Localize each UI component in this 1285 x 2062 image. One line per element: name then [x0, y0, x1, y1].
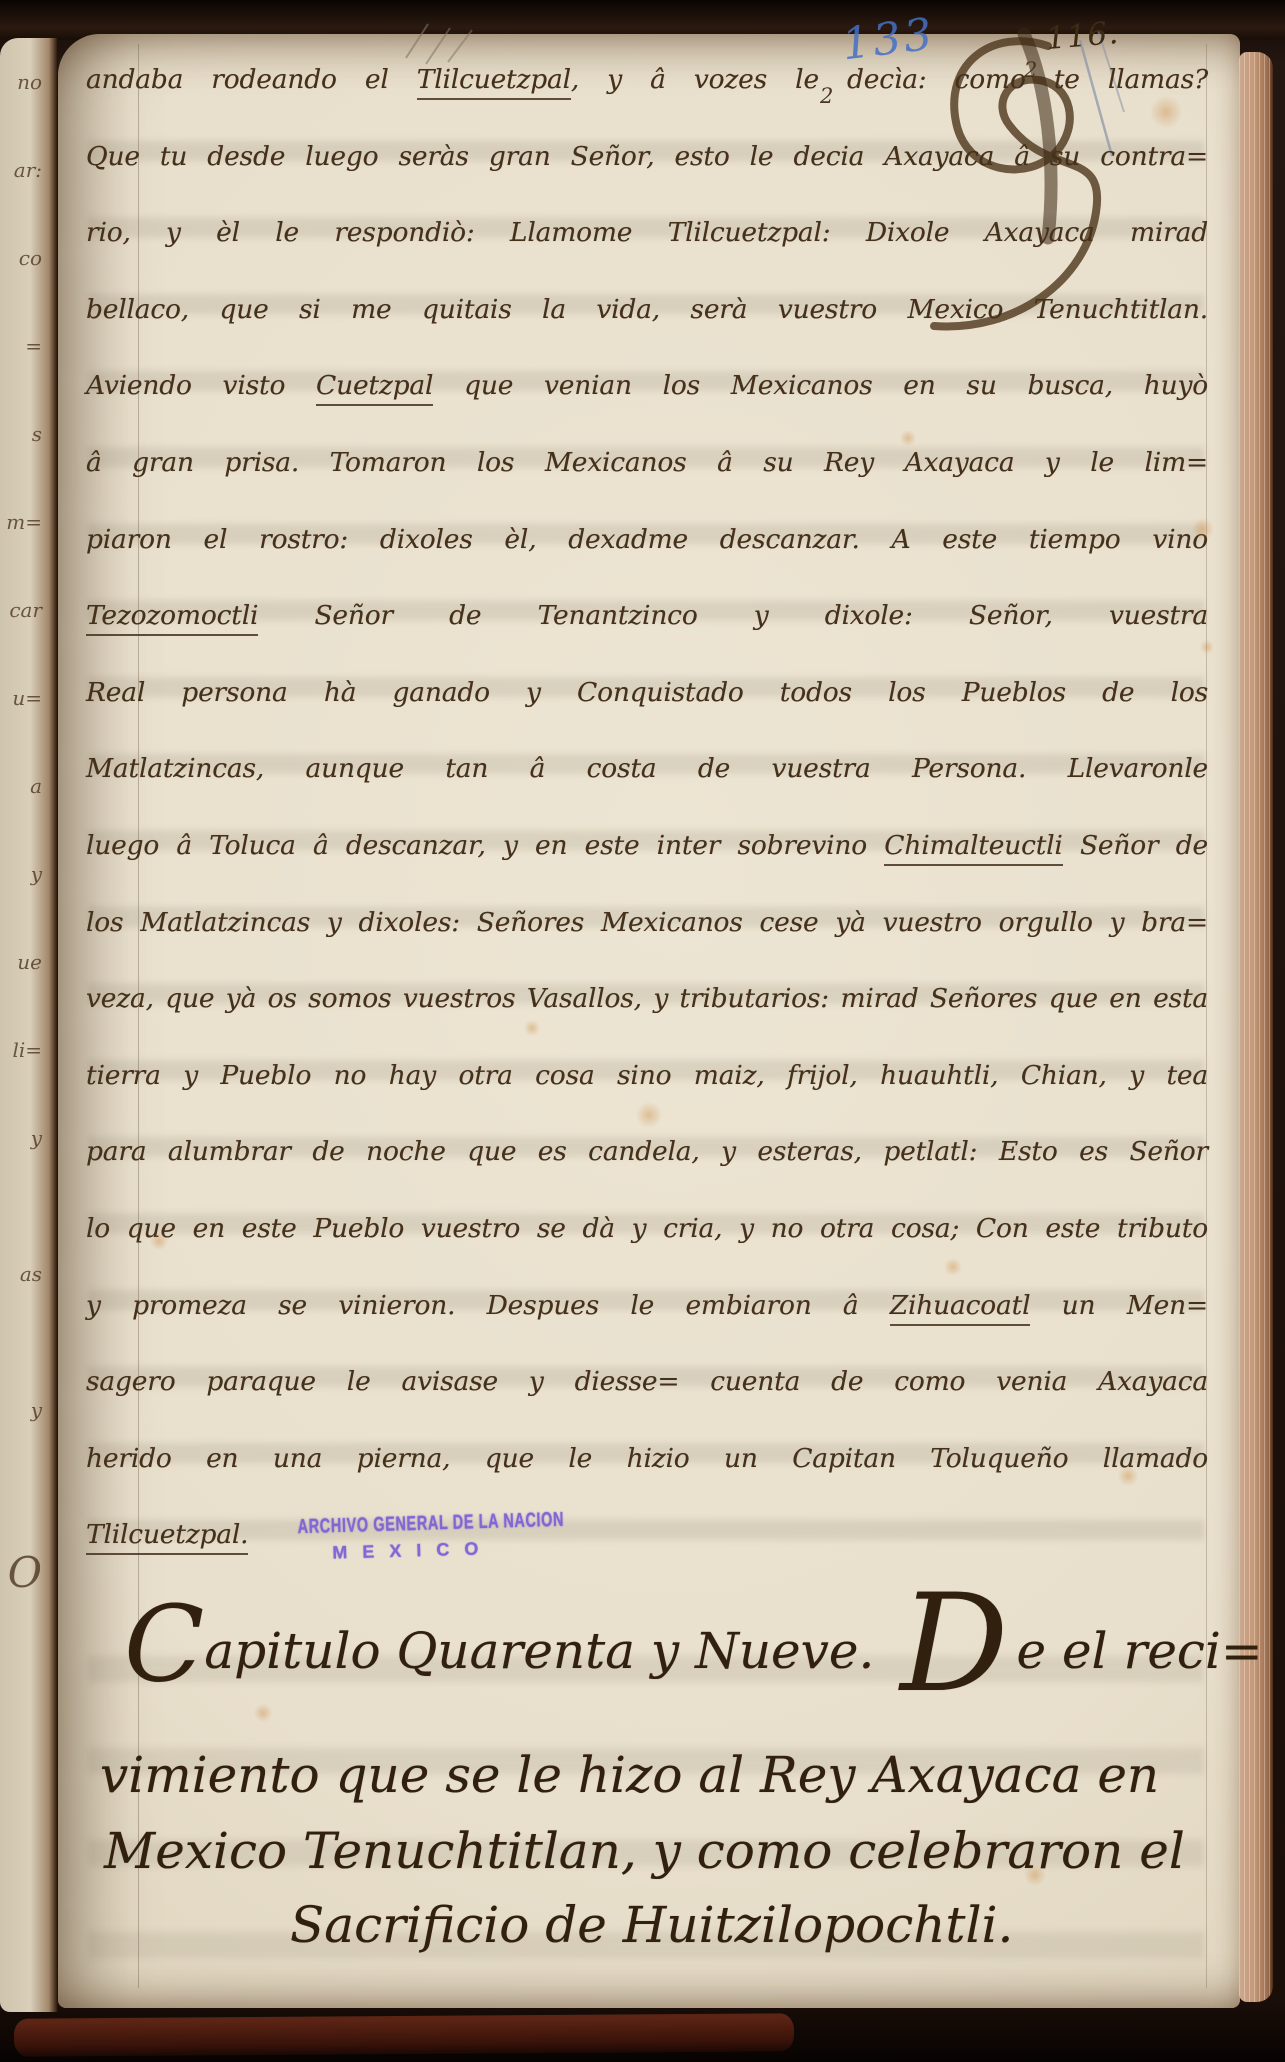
facing-page-text-fragment: ue: [17, 950, 42, 974]
manuscript-text: piaron el rostro: dixoles èl, dexadme de…: [86, 524, 1208, 555]
facing-page-text-fragment: no: [17, 70, 42, 94]
manuscript-photo: noar:co=sm=caru=ayueli=yasyO 133 116. 2 …: [0, 0, 1285, 2062]
manuscript-line: veza, que yà os somos vuestros Vasallos,…: [86, 977, 1208, 1021]
decorated-initial: D: [900, 1565, 1008, 1722]
foxing-spot: [1192, 518, 1214, 540]
manuscript-line: piaron el rostro: dixoles èl, dexadme de…: [86, 518, 1208, 562]
manuscript-text: los Matlatzincas y dixoles: Señores Mexi…: [86, 907, 1208, 938]
foxing-spot: [944, 1258, 962, 1276]
facing-page-text-fragment: ar:: [14, 158, 42, 182]
manuscript-text: Real persona hà ganado y Conquistado tod…: [86, 677, 1208, 708]
manuscript-text: bellaco, que si me quitais la vida, serà…: [86, 294, 1208, 325]
manuscript-text: un Men=: [1030, 1290, 1208, 1321]
facing-page-text-fragment: y: [31, 1126, 42, 1150]
chapter-heading-text: Sacrificio de Huitzilopochtli.: [290, 1896, 1013, 1954]
book-page-edges: [1239, 52, 1273, 2002]
facing-page-text-fragment: li=: [12, 1038, 42, 1062]
foxing-spot: [900, 430, 916, 446]
manuscript-text: veza, que yà os somos vuestros Vasallos,…: [86, 983, 1208, 1014]
manuscript-line: andaba rodeando el Tlilcuetzpal, y â voz…: [86, 58, 1208, 102]
underlined-word: Cuetzpal: [316, 370, 433, 406]
manuscript-text: Señor de Tenantzinco y dixole: Señor, vu…: [258, 600, 1208, 631]
ink-page-number: 116.: [1045, 15, 1121, 57]
manuscript-line: luego â Toluca â descanzar, y en este in…: [86, 824, 1208, 868]
foxing-spot: [636, 1102, 662, 1128]
foxing-spot: [254, 1704, 272, 1722]
manuscript-text: , y â vozes le decìa: como te llamas?: [571, 64, 1208, 95]
manuscript-line: los Matlatzincas y dixoles: Señores Mexi…: [86, 901, 1208, 945]
facing-page-text-fragment: as: [20, 1262, 42, 1286]
manuscript-text: para alumbrar de noche que es candela, y…: [86, 1136, 1208, 1167]
manuscript-text: sagero paraque le avisase y diesse= cuen…: [86, 1366, 1208, 1397]
manuscript-line: Tlilcuetzpal.: [86, 1513, 1208, 1557]
manuscript-text: Señor de: [1063, 830, 1208, 861]
chapter-heading-line: Capitulo Quarenta y Nueve. De el reci=: [124, 1622, 1263, 1680]
manuscript-text: rio, y èl le respondiò: Llamome Tlilcuet…: [86, 217, 1208, 248]
foxing-spot: [1024, 1864, 1046, 1886]
manuscript-text: luego â Toluca â descanzar, y en este in…: [86, 830, 884, 861]
facing-page-text-fragment: O: [8, 1548, 42, 1597]
chapter-heading-text: Mexico Tenuchtitlan, y como celebraron e…: [104, 1822, 1185, 1880]
facing-page-text-fragment: co: [19, 246, 42, 270]
manuscript-text: que venian los Mexicanos en su busca, hu…: [433, 370, 1208, 401]
foxing-spot: [524, 1020, 540, 1036]
manuscript-line: â gran prisa. Tomaron los Mexicanos â su…: [86, 441, 1208, 485]
chapter-heading-line: vimiento que se le hizo al Rey Axayaca e…: [100, 1746, 1159, 1804]
manuscript-line: para alumbrar de noche que es candela, y…: [86, 1130, 1208, 1174]
manuscript-line: bellaco, que si me quitais la vida, serà…: [86, 288, 1208, 332]
leather-binding-bottom: [14, 2013, 794, 2056]
chapter-heading-text: apitulo Quarenta y Nueve.: [204, 1622, 890, 1680]
facing-page-text-fragment: a: [30, 774, 42, 798]
chapter-heading-line: Mexico Tenuchtitlan, y como celebraron e…: [104, 1822, 1185, 1880]
underlined-word: Tezozomoctli: [86, 600, 258, 636]
manuscript-text: tierra y Pueblo no hay otra cosa sino ma…: [86, 1060, 1208, 1091]
foxing-spot: [1150, 96, 1182, 128]
manuscript-text: herido en una pierna, que le hizio un Ca…: [86, 1443, 1208, 1474]
manuscript-line: rio, y èl le respondiò: Llamome Tlilcuet…: [86, 211, 1208, 255]
foxing-spot: [1118, 1466, 1138, 1486]
manuscript-line: Tezozomoctli Señor de Tenantzinco y dixo…: [86, 594, 1208, 638]
manuscript-text: andaba rodeando el: [86, 64, 417, 95]
manuscript-text: y promeza se vinieron. Despues le embiar…: [86, 1290, 890, 1321]
facing-page-text-fragment: s: [32, 422, 42, 446]
underlined-word: Tlilcuetzpal: [417, 64, 571, 100]
manuscript-line: herido en una pierna, que le hizio un Ca…: [86, 1437, 1208, 1481]
foxing-spot: [1200, 640, 1214, 654]
underlined-word: Tlilcuetzpal.: [86, 1519, 248, 1555]
decorated-initial: C: [124, 1584, 204, 1706]
facing-page-text-fragment: u=: [12, 686, 42, 710]
facing-page-text-fragment: =: [25, 334, 42, 358]
underlined-word: Zihuacoatl: [890, 1290, 1031, 1326]
foxing-spot: [150, 1232, 168, 1250]
manuscript-text: Matlatzincas, aunque tan â costa de vues…: [86, 753, 1208, 784]
manuscript-text: â gran prisa. Tomaron los Mexicanos â su…: [86, 447, 1208, 478]
manuscript-text: lo que en este Pueblo vuestro se dà y cr…: [86, 1213, 1208, 1244]
manuscript-line: Real persona hà ganado y Conquistado tod…: [86, 671, 1208, 715]
chapter-heading-text: vimiento que se le hizo al Rey Axayaca e…: [100, 1746, 1159, 1804]
manuscript-text: Aviendo visto: [86, 370, 316, 401]
facing-page-text-fragment: car: [9, 598, 42, 622]
manuscript-line: Aviendo visto Cuetzpal que venian los Me…: [86, 364, 1208, 408]
manuscript-line: y promeza se vinieron. Despues le embiar…: [86, 1284, 1208, 1328]
facing-page-edge: noar:co=sm=caru=ayueli=yasyO: [0, 38, 58, 2012]
manuscript-line: lo que en este Pueblo vuestro se dà y cr…: [86, 1207, 1208, 1251]
facing-page-text-fragment: y: [31, 1398, 42, 1422]
manuscript-line: Matlatzincas, aunque tan â costa de vues…: [86, 747, 1208, 791]
chapter-heading-text: e el reci=: [1016, 1622, 1262, 1680]
archive-stamp: ARCHIVO GENERAL DE LA NACION MEXICO: [297, 1512, 558, 1564]
manuscript-line: tierra y Pueblo no hay otra cosa sino ma…: [86, 1054, 1208, 1098]
manuscript-line: sagero paraque le avisase y diesse= cuen…: [86, 1360, 1208, 1404]
manuscript-text: Que tu desde luego seràs gran Señor, est…: [86, 141, 1208, 172]
facing-page-text-fragment: m=: [6, 510, 42, 534]
facing-page-text-fragment: y: [31, 862, 42, 886]
underlined-word: Chimalteuctli: [884, 830, 1062, 866]
manuscript-line: Que tu desde luego seràs gran Señor, est…: [86, 135, 1208, 179]
chapter-heading-line: Sacrificio de Huitzilopochtli.: [290, 1896, 1013, 1954]
